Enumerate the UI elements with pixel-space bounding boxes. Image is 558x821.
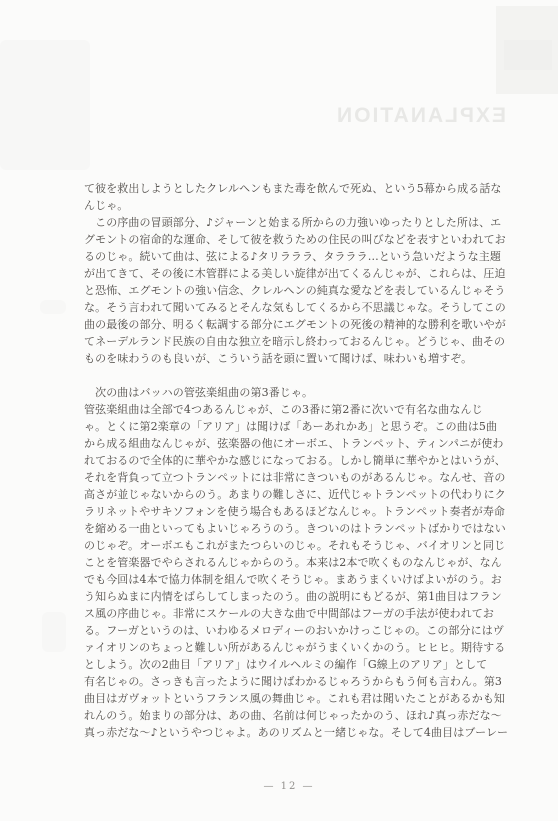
scan-smudge — [40, 300, 66, 314]
scanned-book-page: EXPLANATION て彼を救出しようとしたクレルヘンもまた毒を飲んで死ぬ、と… — [0, 0, 558, 821]
page-number: — 12 — — [20, 781, 558, 792]
paragraph-egmont-overture-description: この序曲の冒頭部分、♪ジャーンと始まる所からの力強いゆったりとした所は、エ グモ… — [84, 214, 536, 367]
scan-smudge — [42, 612, 66, 652]
bleedthrough-mirrored-title: EXPLANATION — [335, 104, 506, 128]
scan-smudge — [0, 40, 90, 170]
paragraph-bach-orchestral-suite-description: 管弦楽組曲は全部で4つあるんじゃが、この3番に第2番に次いで有名な曲なんじ ゃ。… — [84, 401, 536, 741]
scan-corner-shade-inner — [504, 40, 552, 70]
paragraph-continued-from-previous-page: て彼を救出しようとしたクレルヘンもまた毒を飲んで死ぬ、という5幕から成る話な ん… — [84, 180, 536, 214]
body-text-block: て彼を救出しようとしたクレルヘンもまた毒を飲んで死ぬ、という5幕から成る話な ん… — [84, 180, 536, 741]
paragraph-next-piece-intro: 次の曲はバッハの管弦楽組曲の第3番じゃ。 — [84, 384, 536, 401]
scan-corner-shade — [496, 6, 558, 94]
